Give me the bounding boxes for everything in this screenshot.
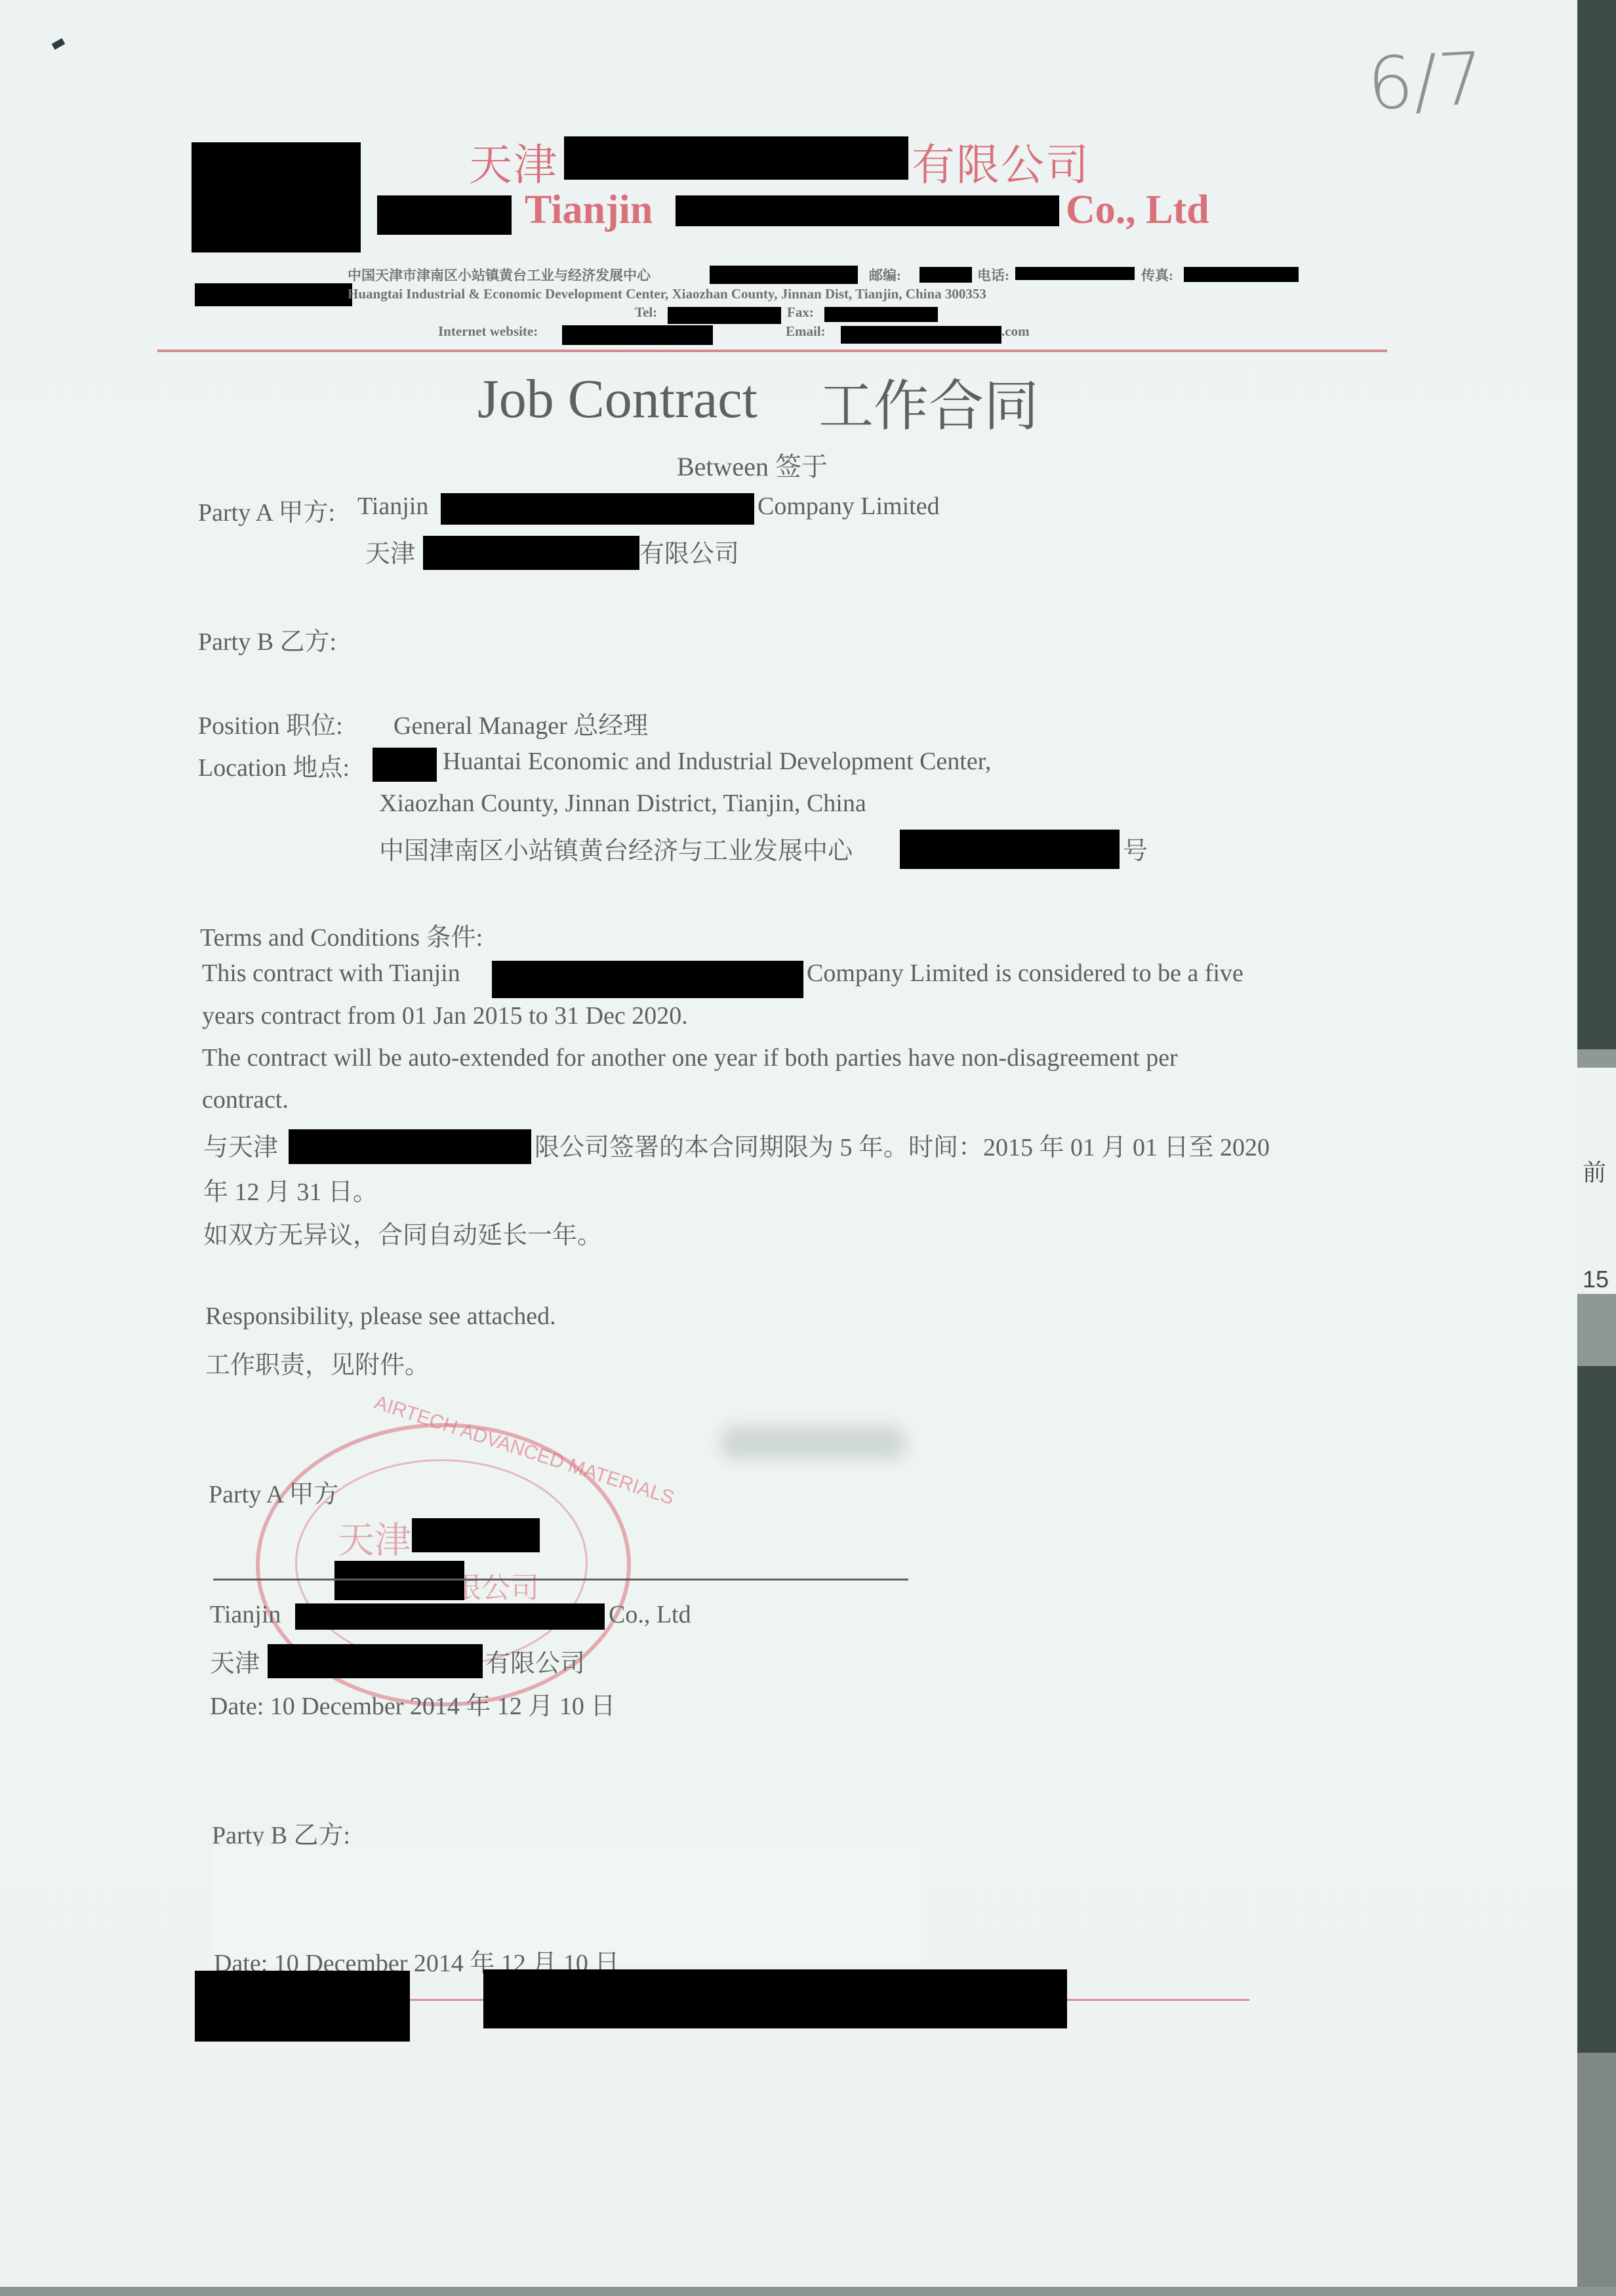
position-label: Position 职位: [198,705,343,741]
terms-cn-line3: 如双方无异议，合同自动延长一年。 [203,1215,602,1251]
redacted-website [562,325,713,345]
party-a-name-cn-suffix: 有限公司 [639,533,739,569]
seal-text-cn-2: 限公司 [453,1564,539,1606]
party-a-name-en-suffix: Company Limited [758,492,940,521]
between-label: Between 签于 [677,446,828,483]
redacted-phone-cn [1015,267,1135,280]
redacted-location-cn-number [900,830,1120,869]
title-cn: 工作合同 [818,362,1039,441]
signature-a-company-cn-suffix: 有限公司 [485,1643,585,1679]
party-a-label: Party A 甲方: [198,492,335,528]
postcode-label: 邮编: [869,265,901,285]
terms-line3: The contract will be auto-extended for a… [202,1043,1178,1072]
page-bottom-edge [0,2287,1616,2296]
party-b-label: Party B 乙方: [198,621,336,657]
redacted-terms-cn-company [289,1129,531,1164]
redacted-company-cn [564,136,908,180]
letterhead-divider [157,350,1387,352]
terms-cn-line1-suffix: 限公司签署的本合同期限为 5 年。时间：2015 年 01 月 01 日至 20… [535,1127,1270,1163]
email-label: Email: [786,323,826,340]
redacted-footer-left [195,1971,410,2042]
signature-a-date: Date: 10 December 2014 年 12 月 10 日 [210,1685,615,1722]
redacted-party-a-cn [423,536,639,570]
letterhead-address-en: Huangtai Industrial & Economic Developme… [348,286,986,302]
redacted-address-prefix [195,283,352,306]
location-line2: Xiaozhan County, Jinnan District, Tianji… [379,789,866,818]
redacted-email [841,326,1001,344]
signature-a-line [213,1579,908,1581]
letterhead-cn-suffix: 有限公司 [912,130,1090,192]
responsibility-cn: 工作职责，见附件。 [205,1344,430,1380]
terms-cn-line1-prefix: 与天津 [203,1127,278,1163]
location-line1: Huantai Economic and Industrial Developm… [443,747,991,776]
phone-label-cn: 电话: [977,265,1009,285]
signature-a-company-en-prefix: Tianjin [210,1600,281,1629]
location-line3: 中国津南区小站镇黄台经济与工业发展中心 [379,830,853,866]
location-label: Location 地点: [198,747,350,783]
terms-line2: years contract from 01 Jan 2015 to 31 De… [202,1001,688,1030]
website-label: Internet website: [438,323,538,340]
signature-b-label: Party B 乙方: [212,1815,350,1851]
title-en: Job Contract [477,367,758,431]
redacted-location-number [373,748,437,782]
terms-line1-suffix: Company Limited is considered to be a fi… [807,959,1243,988]
redacted-signature-a-company-cn [268,1644,483,1678]
party-a-name-cn-prefix: 天津 [365,533,415,569]
letterhead-en-prefix: Tianjin [525,187,653,233]
redacted-signature-a-company-en [295,1603,605,1630]
terms-heading: Terms and Conditions 条件: [200,917,483,953]
redacted-footer-right [483,1969,1067,2028]
signature-a-label: Party A 甲方 [209,1474,338,1510]
signature-a-company-cn-prefix: 天津 [210,1643,260,1679]
location-line3-suffix: 号 [1123,830,1148,866]
redacted-fax [824,307,938,322]
handwritten-page-marker: 6/7 [1365,36,1485,126]
redacted-company-en [676,195,1059,226]
underlying-char: 前 [1583,1154,1606,1188]
email-suffix: .com [1001,323,1030,340]
scan-smudge [721,1426,905,1459]
redacted-tel [668,307,781,324]
redacted-postcode [919,267,972,283]
terms-line1-prefix: This contract with Tianjin [202,959,460,988]
redacted-signature-a-2 [334,1561,464,1600]
tel-label: Tel: [635,304,657,321]
responsibility-en: Responsibility, please see attached. [205,1302,556,1331]
redacted-party-a-en [441,493,754,525]
seal-text-cn: 天津 [338,1512,411,1564]
underlying-page-number: 15 [1583,1266,1609,1293]
party-a-name-en-prefix: Tianjin [357,492,428,521]
redacted-signature-a-1 [412,1518,540,1552]
underlying-document-strip: 前 15 [1577,0,1616,2296]
fax-label-cn: 传真: [1141,265,1173,285]
signature-a-company-en-suffix: Co., Ltd [609,1600,691,1629]
redacted-logo [192,142,361,252]
fax-label: Fax: [787,304,814,321]
terms-cn-line2: 年 12 月 31 日。 [203,1171,378,1207]
redacted-terms-company [492,961,803,998]
redacted-logo-text [377,195,512,235]
letterhead-en-suffix: Co., Ltd [1066,187,1209,233]
terms-line4: contract. [202,1085,289,1114]
redacted-address-number [710,266,858,284]
position-value: General Manager 总经理 [394,705,648,741]
letterhead-address-cn: 中国天津市津南区小站镇黄台工业与经济发展中心 [348,265,651,285]
redacted-fax-cn [1184,267,1299,282]
letterhead-cn-prefix: 天津 [469,130,558,192]
